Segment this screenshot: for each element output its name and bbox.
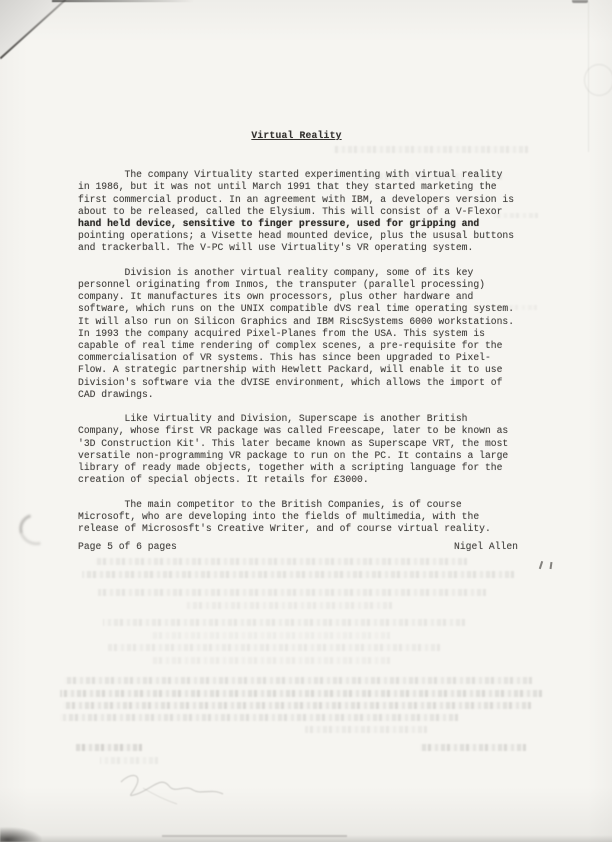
text-line: It will also run on Silicon Graphics and…	[78, 316, 515, 328]
scan-edge-top	[52, 0, 194, 2]
text-line: in 1986, but it was not until March 1991…	[78, 181, 515, 193]
text-line: hand held device, sensitive to finger pr…	[78, 218, 515, 230]
text-line: personnel originating from Inmos, the tr…	[78, 279, 515, 291]
paragraph: The company Virtuality started experimen…	[78, 169, 515, 254]
signature-bleedthrough	[113, 764, 233, 814]
text-line: release of Micrososft's Creative Writer,…	[78, 523, 515, 535]
bleedthrough-line	[497, 305, 537, 310]
text-line: Division is another virtual reality comp…	[78, 267, 515, 279]
scanned-page: Virtual Reality The company Virtuality s…	[0, 0, 612, 842]
text-line: pointing operations; a Visette head moun…	[78, 230, 515, 242]
bleedthrough-line	[186, 602, 392, 609]
paragraph: Like Virtuality and Division, Superscape…	[78, 413, 515, 486]
scan-edge-bottom-line	[162, 835, 347, 837]
document-title: Virtual Reality	[78, 130, 515, 142]
bleedthrough-line	[305, 726, 427, 733]
text-line: Flow. A strategic partnership with Hewle…	[78, 364, 515, 376]
scan-edge-right	[588, 2, 589, 152]
bleedthrough-line	[494, 213, 538, 218]
text-line: CAD drawings.	[78, 389, 515, 401]
pencil-tick	[539, 561, 543, 569]
bleedthrough-line	[60, 690, 542, 697]
bleedthrough-line	[100, 757, 158, 764]
bleedthrough-line	[95, 558, 467, 565]
paragraph: Division is another virtual reality comp…	[78, 267, 515, 401]
scan-edge-corner-smudge	[0, 827, 42, 842]
text-line: In 1993 the company acquired Pixel-Plane…	[78, 328, 515, 340]
bleedthrough-line	[103, 619, 465, 626]
text-line: library of ready made objects, together …	[78, 462, 515, 474]
text-line: versatile non-programming VR package to …	[78, 450, 515, 462]
text-line: about to be released, called the Elysium…	[78, 206, 515, 218]
bleedthrough-line	[63, 702, 531, 709]
text-line: '3D Construction Kit'. This later became…	[78, 438, 515, 450]
text-line: capable of real time rendering of comple…	[78, 340, 515, 352]
text-line: company. It manufactures its own process…	[78, 291, 515, 303]
bleedthrough-line	[333, 146, 528, 153]
bleedthrough-line	[152, 657, 390, 664]
text-line: creation of special objects. It retails …	[78, 474, 515, 486]
document-body: Virtual Reality The company Virtuality s…	[78, 130, 515, 547]
text-line: Like Virtuality and Division, Superscape…	[78, 413, 515, 425]
text-line: first commercial product. In an agreemen…	[78, 194, 515, 206]
page-footer: Page 5 of 6 pages Nigel Allen	[78, 541, 518, 552]
hole-punch	[14, 508, 58, 551]
bleedthrough-line	[82, 571, 514, 578]
scan-edge-mark	[572, 0, 588, 3]
text-line: Division's software via the dVISE enviro…	[78, 377, 515, 389]
paragraphs: The company Virtuality started experimen…	[78, 169, 515, 535]
bleedthrough-line	[98, 589, 486, 596]
text-line: Microsoft, who are developing into the f…	[78, 511, 515, 523]
bleedthrough-line	[150, 632, 390, 639]
footer-author: Nigel Allen	[454, 541, 518, 552]
bleedthrough-line	[64, 677, 532, 684]
text-line: Company, whose first VR package was call…	[78, 425, 515, 437]
bleedthrough-line	[108, 644, 440, 651]
bleedthrough-line	[76, 744, 142, 751]
bleedthrough-line	[352, 173, 502, 180]
bleedthrough-line	[420, 744, 526, 751]
paragraph: The main competitor to the British Compa…	[78, 499, 515, 536]
pencil-marks	[538, 561, 554, 573]
text-line: and trackerball. The V-PC will use Virtu…	[78, 242, 515, 254]
text-line: software, which runs on the UNIX compati…	[78, 303, 515, 315]
pencil-tick	[550, 562, 553, 569]
text-line: commercialisation of VR systems. This ha…	[78, 352, 515, 364]
footer-page-label: Page 5 of 6 pages	[78, 541, 177, 552]
bleedthrough-line	[60, 714, 458, 721]
text-line: The main competitor to the British Compa…	[78, 499, 515, 511]
